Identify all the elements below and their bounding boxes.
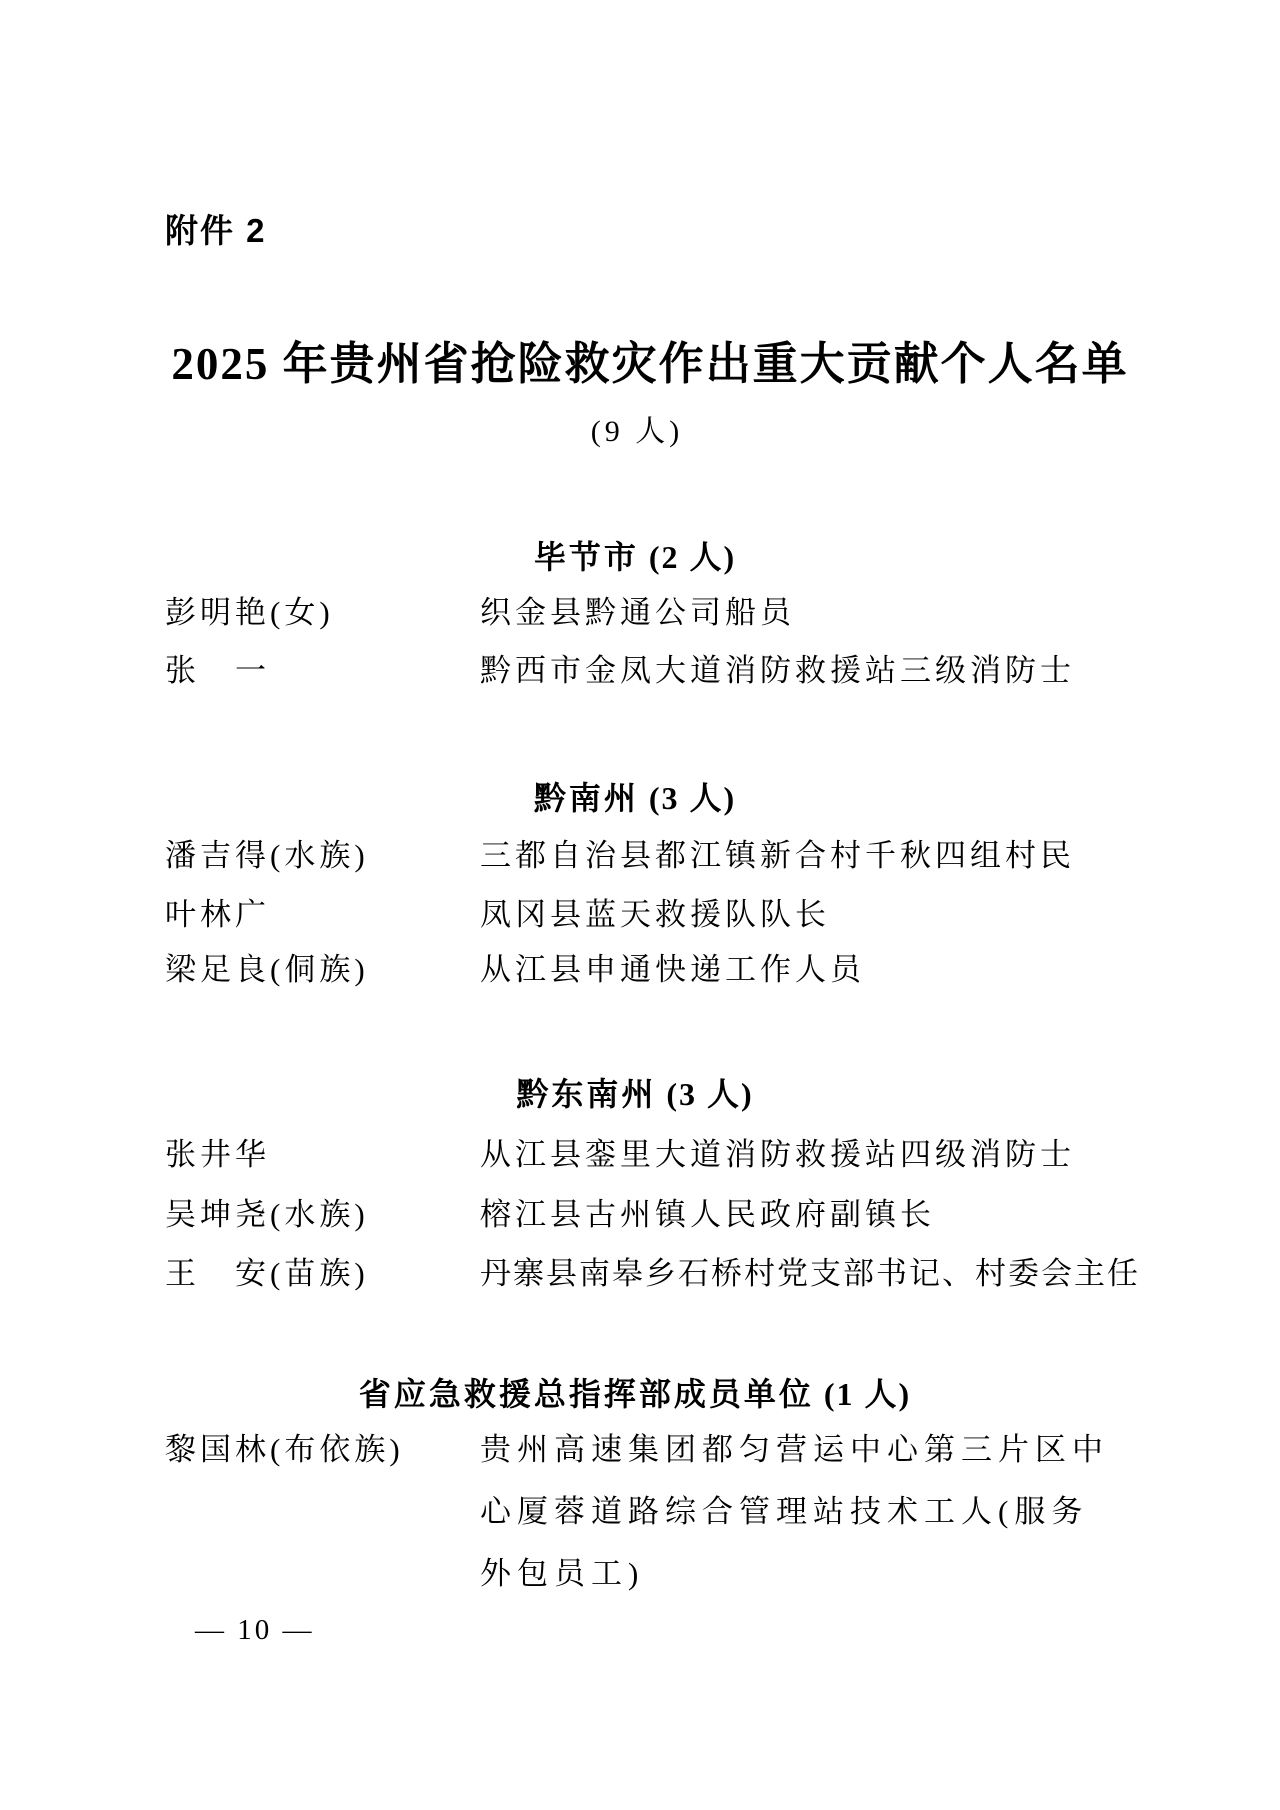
person-description: 榕江县古州镇人民政府副镇长: [480, 1195, 935, 1235]
person-description: 贵州高速集团都匀营运中心第三片区中 心厦蓉道路综合管理站技术工人(服务 外包员工…: [480, 1419, 1109, 1605]
person-name: 黎国林(布依族): [165, 1430, 404, 1470]
section-title: 黔南州: [534, 780, 639, 816]
section-count: (2 人): [649, 539, 736, 575]
section-title: 黔东南州: [516, 1076, 656, 1112]
total-count: (9 人): [0, 414, 1274, 450]
person-description: 黔西市金凤大道消防救援站三级消防士: [480, 651, 1075, 691]
section-header-qiannan: 黔南州(3 人): [0, 777, 1270, 819]
person-name: 张 一: [165, 651, 270, 691]
description-line: 心厦蓉道路综合管理站技术工人(服务: [480, 1481, 1109, 1543]
person-name: 梁足良(侗族): [165, 950, 369, 990]
section-title: 省应急救援总指挥部成员单位: [359, 1376, 814, 1412]
description-line: 贵州高速集团都匀营运中心第三片区中: [480, 1419, 1109, 1481]
section-title: 毕节市: [534, 539, 639, 575]
person-name: 叶林广: [165, 895, 270, 935]
person-name: 张井华: [165, 1135, 270, 1175]
attachment-label: 附件 2: [165, 211, 267, 251]
person-name: 彭明艳(女): [165, 593, 334, 633]
section-header-bijie: 毕节市(2 人): [0, 536, 1270, 578]
person-description: 凤冈县蓝天救援队队长: [480, 895, 830, 935]
person-description: 丹寨县南皋乡石桥村党支部书记、村委会主任: [480, 1254, 1140, 1294]
person-description: 从江县銮里大道消防救援站四级消防士: [480, 1135, 1075, 1175]
description-line: 外包员工): [480, 1543, 1109, 1605]
section-header-provincial-hq: 省应急救援总指挥部成员单位(1 人): [0, 1373, 1270, 1415]
person-name: 吴坤尧(水族): [165, 1195, 369, 1235]
person-description: 从江县申通快递工作人员: [480, 950, 865, 990]
person-name: 王 安(苗族): [165, 1254, 369, 1294]
page-number: — 10 —: [195, 1612, 315, 1648]
section-count: (3 人): [649, 780, 736, 816]
document-title: 2025 年贵州省抢险救灾作出重大贡献个人名单: [20, 334, 1280, 394]
section-count: (1 人): [824, 1376, 911, 1412]
section-header-qiandongnan: 黔东南州(3 人): [0, 1073, 1270, 1115]
person-description: 织金县黔通公司船员: [480, 593, 795, 633]
section-count: (3 人): [666, 1076, 753, 1112]
person-name: 潘吉得(水族): [165, 836, 369, 876]
person-description: 三都自治县都江镇新合村千秋四组村民: [480, 836, 1075, 876]
document-page: 附件 2 2025 年贵州省抢险救灾作出重大贡献个人名单 (9 人) 毕节市(2…: [0, 0, 1280, 1810]
